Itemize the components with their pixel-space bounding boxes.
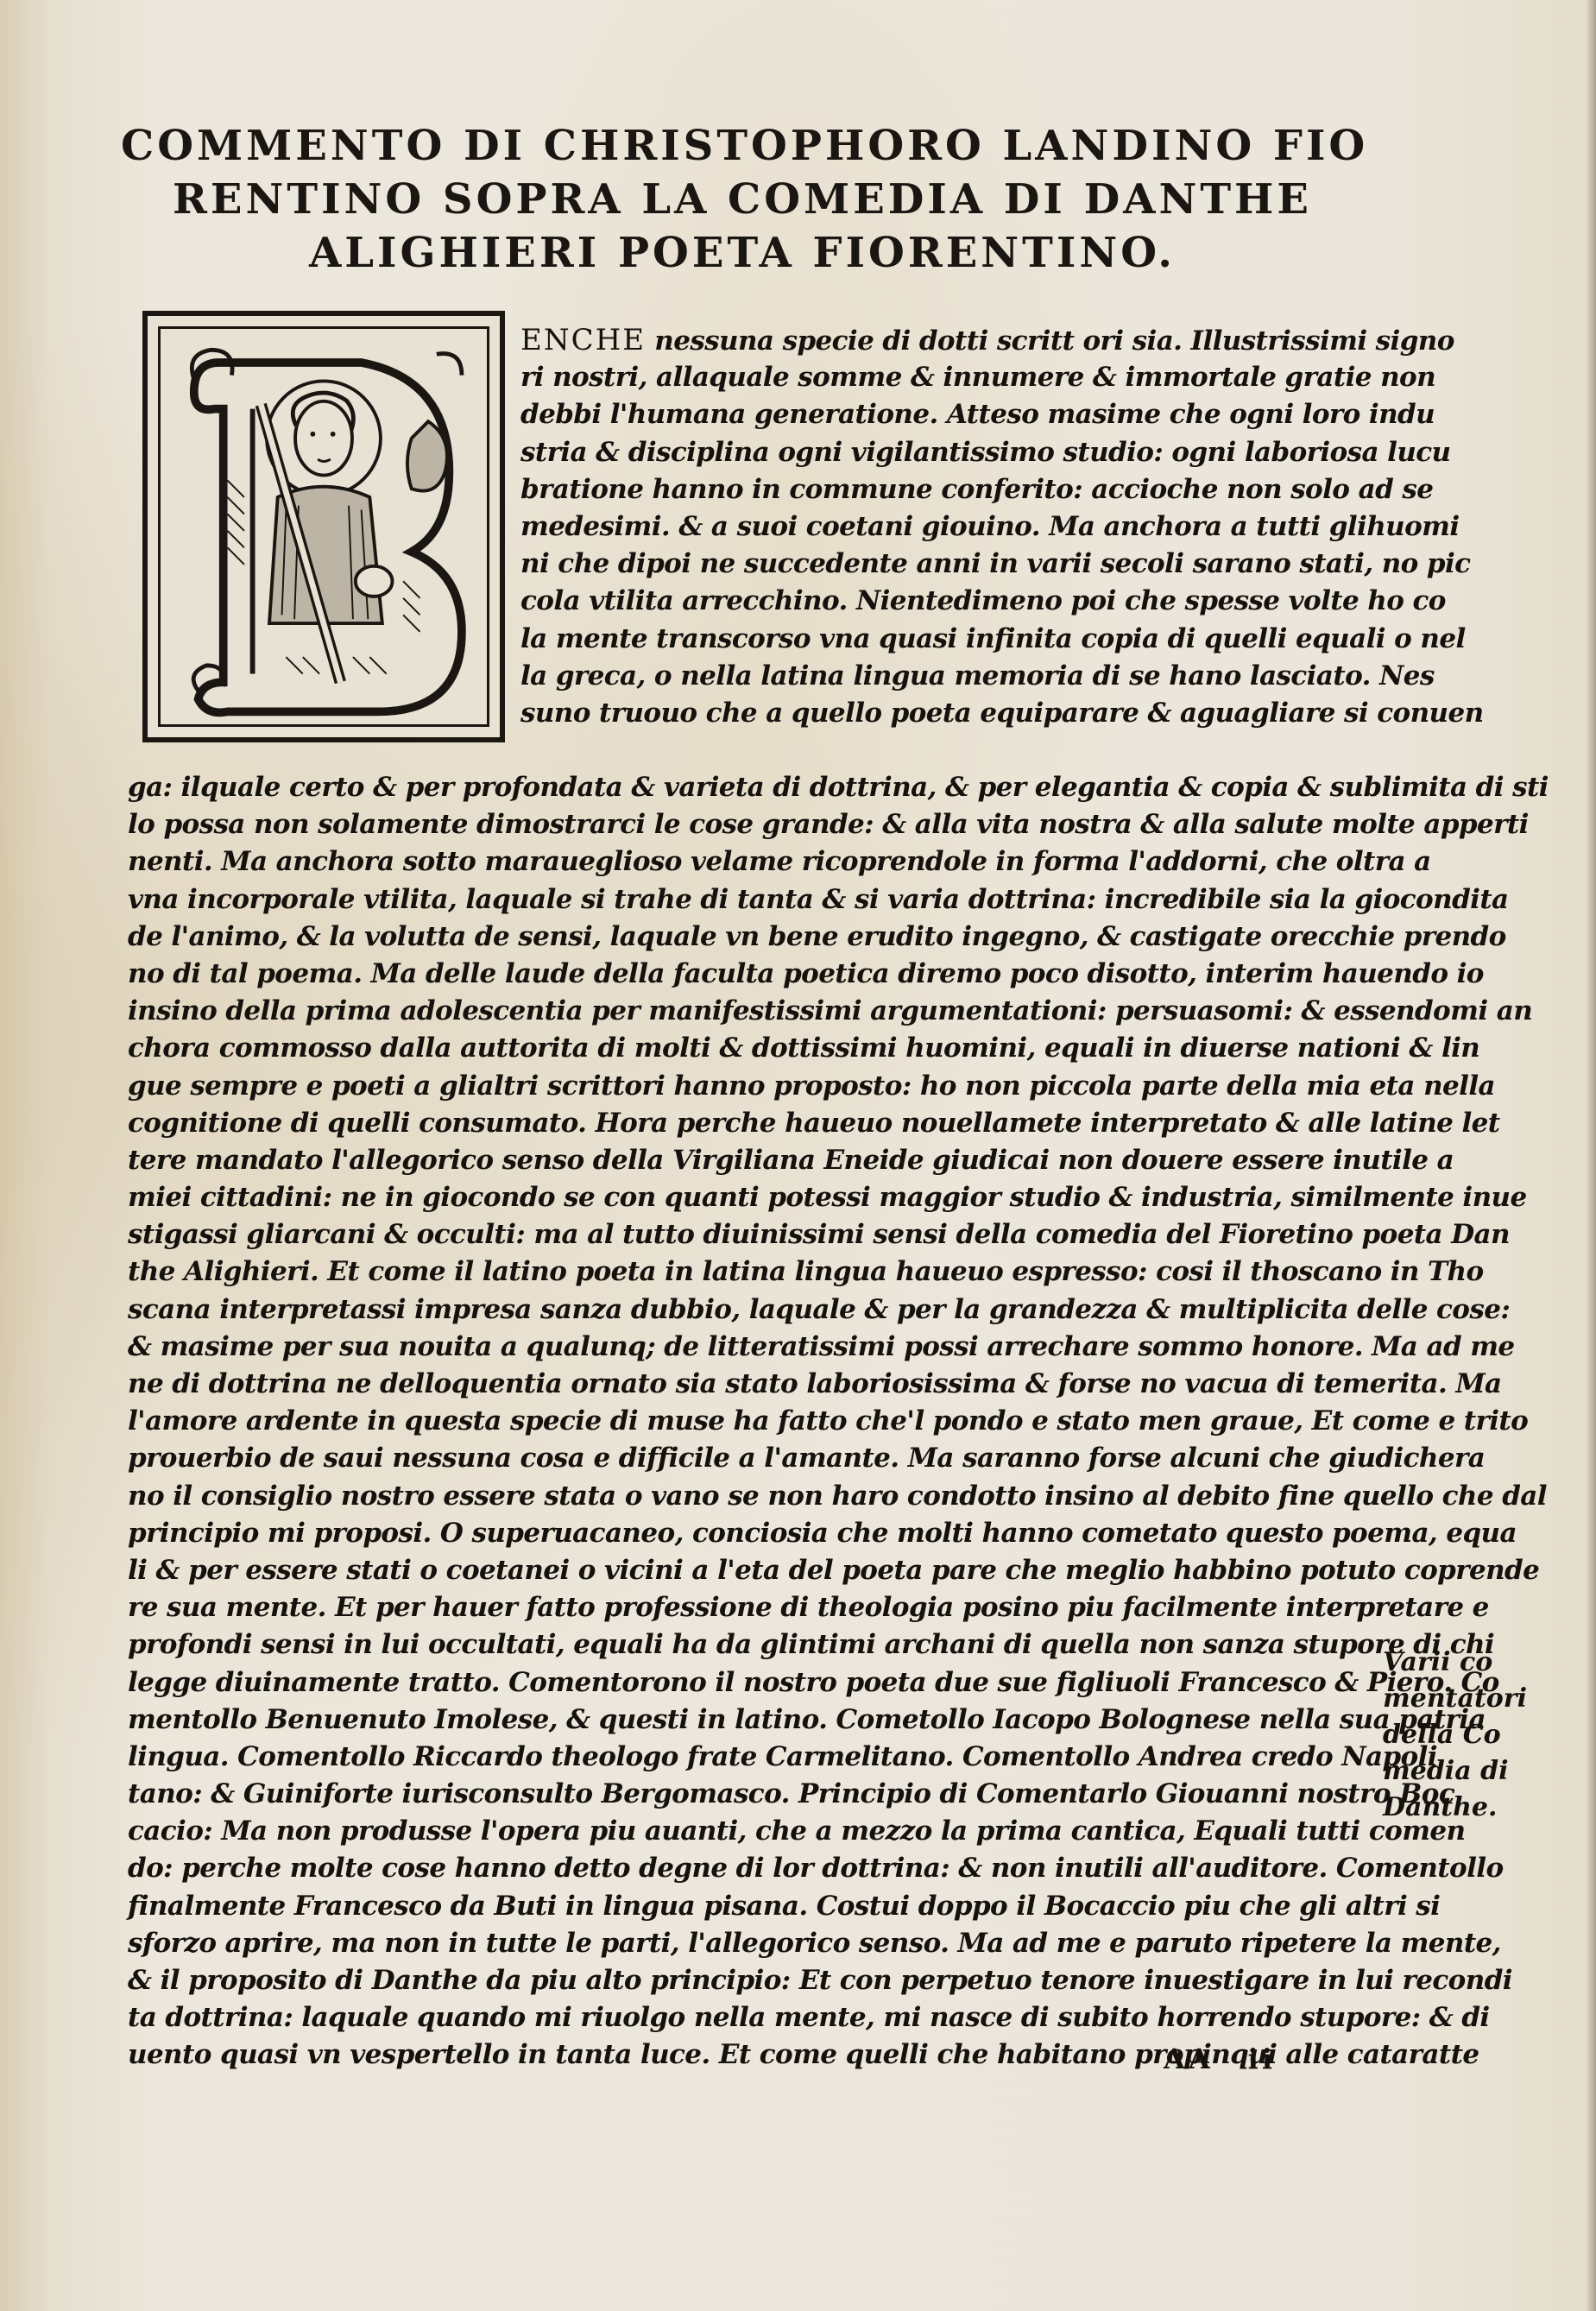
text-line: tere mandato l'allegorico senso della Vi… <box>128 1142 1388 1179</box>
text-line: ne di dottrina ne delloquentia ornato si… <box>128 1366 1388 1403</box>
text-line: scana interpretassi impresa sanza dubbio… <box>128 1291 1388 1329</box>
signature-number: ii <box>1248 2043 1276 2075</box>
opening-column: ENCHE nessuna specie di dotti scritt ori… <box>520 322 1384 732</box>
text-line: vna incorporale vtilita, laquale si trah… <box>128 881 1388 919</box>
text-line: debbi l'humana generatione. Atteso masim… <box>520 396 1384 433</box>
text-line: ENCHE nessuna specie di dotti scritt ori… <box>520 322 1384 359</box>
text-line: lingua. Comentollo Riccardo theologo fra… <box>128 1739 1388 1776</box>
text-line: miei cittadini: ne in giocondo se con qu… <box>128 1179 1388 1216</box>
title-line-2: RENTINO SOPRA LA COMEDIA DI DANTHE <box>121 173 1364 226</box>
text-line: gue sempre e poeti a glialtri scrittori … <box>128 1068 1388 1105</box>
text-line: stria & disciplina ogni vigilantissimo s… <box>520 434 1384 471</box>
text-line: chora commosso dalla auttorita di molti … <box>128 1030 1388 1067</box>
text-line: no il consiglio nostro essere stata o va… <box>128 1478 1388 1515</box>
text-line: profondi sensi in lui occultati, equali … <box>128 1626 1388 1664</box>
text-line: li & per essere stati o coetanei o vicin… <box>128 1552 1388 1589</box>
woodcut-illustration-icon <box>161 329 487 724</box>
woodcut-initial-b <box>142 311 505 742</box>
initial-inner-frame <box>158 326 489 727</box>
marginal-line: Varii co <box>1383 1645 1521 1681</box>
title-line-1: COMMENTO DI CHRISTOPHORO LANDINO FIO <box>121 119 1364 173</box>
text-line: mentollo Benuenuto Imolese, & questi in … <box>128 1702 1388 1739</box>
main-text-column: ga: ilquale certo & per profondata & var… <box>128 769 1388 2074</box>
signature-mark: AAii <box>1164 2043 1276 2075</box>
text-line: principio mi proposi. O superuacaneo, co… <box>128 1515 1388 1552</box>
text-line: insino della prima adolescentia per mani… <box>128 993 1388 1030</box>
title-line-3: ALIGHIERI POETA FIORENTINO. <box>121 226 1364 280</box>
text-line: lo possa non solamente dimostrarci le co… <box>128 806 1388 843</box>
text-line: the Alighieri. Et come il latino poeta i… <box>128 1253 1388 1291</box>
text-line: sforzo aprire, ma non in tutte le parti,… <box>128 1925 1388 1962</box>
text-line: bratione hanno in commune conferito: acc… <box>520 471 1384 508</box>
text-line: cognitione di quelli consumato. Hora per… <box>128 1105 1388 1142</box>
text-line: stigassi gliarcani & occulti: ma al tutt… <box>128 1216 1388 1253</box>
text-line: medesimi. & a suoi coetani giouino. Ma a… <box>520 508 1384 546</box>
text-line: legge diuinamente tratto. Comentorono il… <box>128 1664 1388 1702</box>
page-title: COMMENTO DI CHRISTOPHORO LANDINO FIO REN… <box>121 119 1364 280</box>
text-line: cacio: Ma non produsse l'opera piu auant… <box>128 1813 1388 1850</box>
text-line: ri nostri, allaquale somme & innumere & … <box>520 359 1384 396</box>
text-line: de l'animo, & la volutta de sensi, laqua… <box>128 919 1388 956</box>
text-line: ga: ilquale certo & per profondata & var… <box>128 769 1388 806</box>
text-line: & il proposito di Danthe da piu alto pri… <box>128 1962 1388 1999</box>
text-line: tano: & Guiniforte iurisconsulto Bergoma… <box>128 1776 1388 1813</box>
text-line: & masime per sua nouita a qualunq; de li… <box>128 1329 1388 1366</box>
text-line: do: perche molte cose hanno detto degne … <box>128 1850 1388 1887</box>
text-line: no di tal poema. Ma delle laude della fa… <box>128 956 1388 993</box>
opening-word: ENCHE <box>520 323 646 357</box>
text-line: la greca, o nella latina lingua memoria … <box>520 658 1384 695</box>
text-line: suno truouo che a quello poeta equiparar… <box>520 695 1384 732</box>
line-text: nessuna specie di dotti scritt ori sia. … <box>654 325 1454 357</box>
text-line: ta dottrina: laquale quando mi riuolgo n… <box>128 1999 1388 2036</box>
marginal-line: mentatori <box>1383 1681 1521 1717</box>
text-line: la mente transcorso vna quasi infinita c… <box>520 621 1384 658</box>
text-line: ni che dipoi ne succedente anni in varii… <box>520 546 1384 583</box>
marginal-line: Danthe. <box>1383 1790 1521 1826</box>
book-page: COMMENTO DI CHRISTOPHORO LANDINO FIO REN… <box>0 0 1596 2311</box>
text-line: prouerbio de saui nessuna cosa e diffici… <box>128 1440 1388 1477</box>
page-edge-shadow <box>1586 0 1596 2311</box>
signature-letters: AA <box>1164 2043 1214 2075</box>
text-line: nenti. Ma anchora sotto maraueglioso vel… <box>128 843 1388 881</box>
text-line: l'amore ardente in questa specie di muse… <box>128 1403 1388 1440</box>
text-line: finalmente Francesco da Buti in lingua p… <box>128 1888 1388 1925</box>
marginal-line: media di <box>1383 1753 1521 1790</box>
marginal-note: Varii co mentatori della Co media di Dan… <box>1383 1645 1521 1826</box>
marginal-line: della Co <box>1383 1717 1521 1753</box>
text-line: re sua mente. Et per hauer fatto profess… <box>128 1589 1388 1626</box>
text-line: cola vtilita arrecchino. Nientedimeno po… <box>520 583 1384 620</box>
